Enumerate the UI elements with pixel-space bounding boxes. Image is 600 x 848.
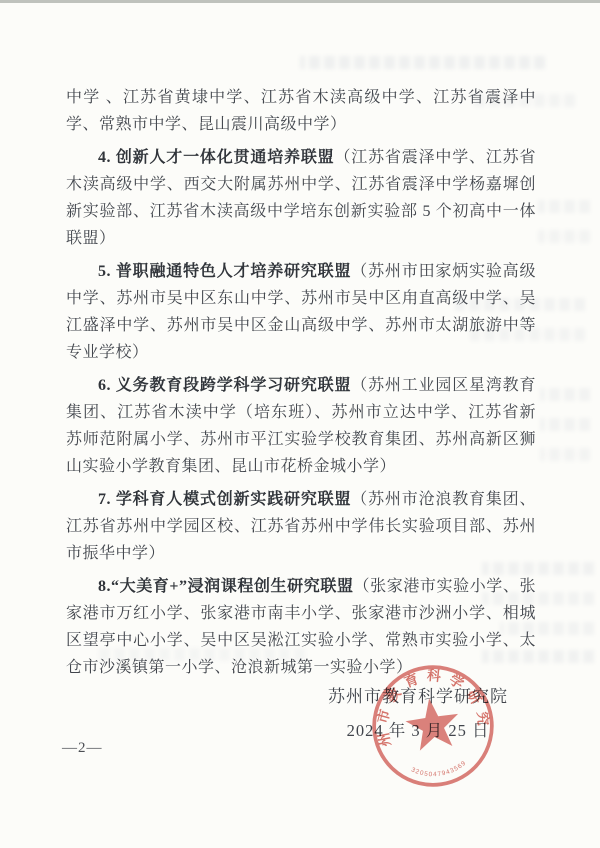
document-body: 中学 、江苏省黄埭中学、江苏省木渎高级中学、江苏省震泽中学、常熟市中学、昆山震川… — [66, 84, 536, 681]
page-number: —2— — [62, 740, 103, 757]
bleedthrough-smudge — [540, 418, 590, 431]
paragraph-item-6: 6. 义务教育段跨学科学习研究联盟（苏州工业园区星湾教育集团、江苏省木渎中学（培… — [66, 372, 536, 480]
bleedthrough-smudge — [300, 56, 545, 69]
official-seal-graphic: 苏州市教育科学研究院 3205047943569 — [361, 654, 506, 799]
paragraph-item-7: 7. 学科育人模式创新实践研究联盟（苏州市沧浪教育集团、江苏省苏州中学园区校、江… — [66, 486, 536, 567]
paragraph-lead: 4. 创新人才一体化贯通培养联盟 — [98, 149, 334, 166]
paragraph-item-5: 5. 普职融通特色人才培养研究联盟（苏州市田家炳实验高级中学、苏州市吴中区东山中… — [66, 258, 536, 366]
paragraph-lead: 8.“大美育+”浸润课程创生研究联盟 — [98, 578, 354, 595]
paragraph-text: 中学 、江苏省黄埭中学、江苏省木渎高级中学、江苏省震泽中学、常熟市中学、昆山震川… — [66, 89, 536, 133]
paragraph-continuation: 中学 、江苏省黄埭中学、江苏省木渎高级中学、江苏省震泽中学、常熟市中学、昆山震川… — [66, 84, 536, 138]
scan-edge-artifact — [0, 0, 600, 3]
bleedthrough-smudge — [540, 388, 590, 401]
paragraph-lead: 7. 学科育人模式创新实践研究联盟 — [98, 491, 351, 508]
paragraph-lead: 5. 普职融通特色人才培养研究联盟 — [98, 263, 351, 280]
seal-star-icon — [403, 695, 463, 752]
bleedthrough-smudge — [540, 448, 590, 461]
paragraph-lead: 6. 义务教育段跨学科学习研究联盟 — [98, 377, 351, 394]
bleedthrough-smudge — [538, 200, 590, 213]
official-seal: 苏州市教育科学研究院 3205047943569 — [361, 654, 506, 799]
paragraph-item-4: 4. 创新人才一体化贯通培养联盟（江苏省震泽中学、江苏省木渎高级中学、西交大附属… — [66, 144, 536, 252]
document-page: 中学 、江苏省黄埭中学、江苏省木渎高级中学、江苏省震泽中学、常熟市中学、昆山震川… — [0, 0, 600, 848]
bleedthrough-smudge — [538, 230, 590, 243]
